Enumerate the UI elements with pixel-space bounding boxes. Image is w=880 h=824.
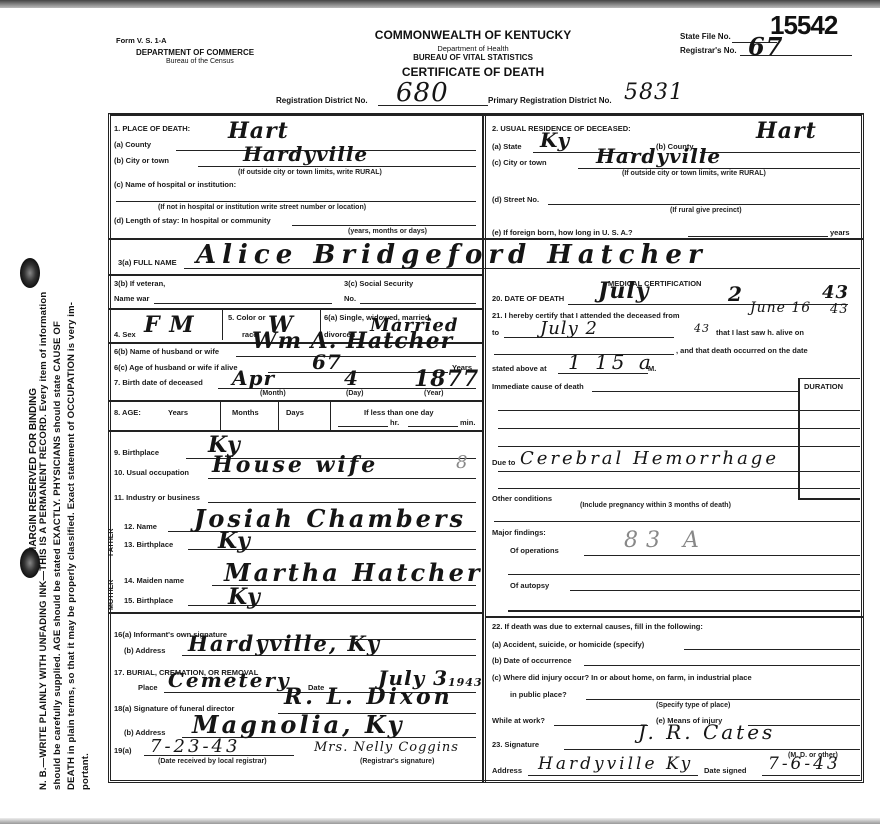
father-name-label: 12. Name (124, 522, 157, 531)
due-to-line-2 (498, 488, 860, 489)
binding-hole-bottom (20, 548, 40, 578)
res-state-value: Ky (540, 128, 570, 152)
date-signed-value: 7-6-43 (768, 754, 841, 774)
external-title: 22. If death was due to external causes,… (492, 622, 703, 631)
informant-address-label: (b) Address (124, 646, 165, 655)
place-hint: (Specify type of place) (656, 702, 730, 709)
operations-line (584, 555, 860, 556)
death-year-value: 43 (822, 282, 849, 303)
spouse-label: 6(b) Name of husband or wife (114, 347, 219, 356)
industry-line (208, 502, 476, 503)
birth-day-hint: (Day) (346, 390, 364, 397)
public-place-line (586, 699, 860, 700)
age-months-label: Months (232, 408, 259, 417)
operations-code: 83 A (624, 528, 707, 553)
funeral-director-value: R. L. Dixon (284, 684, 453, 710)
registrar-date-label: 19(a) (114, 746, 132, 755)
age-days-label: Days (286, 408, 304, 417)
registrar-number: 67 (748, 32, 783, 61)
min-line (408, 426, 458, 427)
res-foreign-unit: years (830, 228, 850, 237)
res-state-label: (a) State (492, 142, 522, 151)
operations-line-2 (508, 574, 860, 575)
spouse-age-label: 6(c) Age of husband or wife if alive (114, 363, 238, 372)
res-city-hint: (If outside city or town limits, write R… (622, 170, 766, 177)
res-street-hint: (If rural give precinct) (670, 207, 742, 214)
father-birthplace-value: Ky (218, 528, 251, 554)
birth-day-value: 4 (344, 366, 359, 390)
hospital-line (116, 201, 476, 202)
res-city-value: Hardyville (596, 144, 721, 168)
occupation-code: 8 (456, 452, 468, 473)
war-label: Name war (114, 294, 149, 303)
due-to-line (498, 471, 860, 472)
duration-top-line (798, 378, 860, 379)
bureau-vital: BUREAU OF VITAL STATISTICS (348, 53, 598, 62)
primary-reg-number: 5831 (624, 80, 684, 105)
age-divider-3 (330, 402, 331, 430)
war-line (154, 303, 332, 304)
margin-instructions-2: should be carefully supplied. AGE should… (52, 321, 63, 790)
birth-year-hint: (Year) (424, 390, 443, 397)
stay-line (292, 225, 476, 226)
spouse-line (236, 356, 476, 357)
res-street-line (548, 204, 860, 205)
min-label: min. (460, 418, 475, 427)
birth-date-label: 7. Birth date of deceased (114, 378, 203, 387)
margin-binding-label: MARGIN RESERVED FOR BINDING (28, 388, 39, 555)
autopsy-line-2 (508, 610, 860, 612)
physician-address-value: Hardyville Ky (538, 754, 693, 774)
margin-instructions-1: N. B.—WRITE PLAINLY WITH UNFADING INK—TH… (38, 292, 49, 790)
death-certificate-form: Form V. S. 1-A DEPARTMENT OF COMMERCE Bu… (108, 28, 866, 788)
left-margin: N. B.—WRITE PLAINLY WITH UNFADING INK—TH… (0, 0, 108, 824)
duration-column-divider (798, 378, 800, 498)
occupation-value: House wife (212, 452, 378, 478)
informant-address-value: Hardyville, Ky (188, 631, 381, 656)
stay-hint: (years, months or days) (348, 228, 427, 235)
section-divider-5 (108, 400, 482, 402)
res-county-value: Hart (756, 118, 817, 144)
scan-top-edge (0, 0, 880, 8)
death-day-value: 2 (728, 282, 743, 306)
age-divider-2 (278, 402, 279, 430)
accident-line (684, 649, 860, 650)
hr-label: hr. (390, 418, 399, 427)
age-divider-1 (220, 402, 221, 430)
birth-month-hint: (Month) (260, 390, 286, 397)
section-divider-3 (108, 308, 482, 310)
full-name-value: Alice Bridgeford Hatcher (196, 240, 708, 270)
time-of-death-value: 1 15 a (568, 350, 655, 374)
age-label: 8. AGE: (114, 408, 141, 417)
work-line (554, 725, 648, 726)
time-suffix: M. (648, 364, 656, 373)
autopsy-label: Of autopsy (510, 581, 549, 590)
death-city-value: Hardyville (243, 142, 368, 166)
death-county-value: Hart (228, 118, 289, 144)
scan-bottom-edge (0, 818, 880, 824)
hospital-hint: (If not in hospital or institution write… (158, 204, 366, 211)
hospital-label: (c) Name of hospital or institution: (114, 180, 236, 189)
other-conditions-hint: (Include pregnancy within 3 months of de… (580, 502, 731, 509)
signature-label: 23. Signature (492, 740, 539, 749)
spouse-value: Wm A. Hatcher (252, 328, 453, 354)
state-title: COMMONWEALTH OF KENTUCKY (348, 28, 598, 42)
duration-bottom-line (798, 498, 860, 500)
father-birthplace-label: 13. Birthplace (124, 540, 173, 549)
section-divider-8 (486, 616, 864, 618)
res-county-line (700, 152, 860, 153)
reg-district-label: Registration District No. (276, 96, 368, 105)
state-file-label: State File No. (680, 32, 731, 41)
date-signed-line (762, 775, 860, 776)
occupation-label: 10. Usual occupation (114, 468, 189, 477)
death-month-value: July (598, 278, 650, 304)
reg-district-number: 680 (396, 78, 449, 108)
department-label: DEPARTMENT OF COMMERCE (136, 48, 254, 57)
bureau-label: Bureau of the Census (166, 58, 234, 65)
color-label-1: 5. Color or (228, 313, 266, 322)
birthplace-label: 9. Birthplace (114, 448, 159, 457)
registrar-date-hint: (Date received by local registrar) (158, 758, 267, 765)
binding-hole-top (20, 258, 40, 288)
attended-to-value: July 2 (540, 318, 598, 339)
occurrence-line (584, 665, 860, 666)
signature-line (564, 749, 860, 750)
section-divider-2 (108, 274, 482, 276)
attended-to-year: 43 (694, 322, 710, 335)
burial-place-label: Place (138, 683, 158, 692)
physician-address-label: Address (492, 766, 522, 775)
sex-value: F M (144, 312, 195, 338)
funeral-address-value: Magnolia, Ky (192, 710, 405, 739)
death-occurred-label: , and that death occurred on the date (676, 346, 808, 355)
res-city-line (578, 168, 860, 169)
veteran-label: 3(b) If veteran, (114, 279, 165, 288)
immediate-cause-line (592, 391, 798, 392)
mother-name-value: Martha Hatcher (224, 558, 483, 587)
section-divider-7 (108, 612, 482, 614)
form-number: Form V. S. 1-A (116, 36, 167, 45)
occurrence-label: (b) Date of occurrence (492, 656, 572, 665)
industry-label: 11. Industry or business (114, 493, 200, 502)
date-signed-label: Date signed (704, 766, 747, 775)
physician-signature-value: J. R. Cates (638, 720, 775, 744)
primary-reg-label: Primary Registration District No. (488, 96, 612, 105)
mother-side-label: MOTHER (108, 580, 115, 610)
mother-birthplace-label: 15. Birthplace (124, 596, 173, 605)
less-day-label: If less than one day (364, 408, 434, 417)
age-years-label: Years (168, 408, 188, 417)
full-name-label: 3(a) FULL NAME (118, 258, 177, 267)
other-conditions-line (494, 521, 860, 522)
burial-year-value: 1943 (448, 676, 483, 689)
physician-address-line (528, 775, 698, 776)
res-city-label: (c) City or town (492, 158, 547, 167)
attended-from-value: June 16 (750, 300, 811, 316)
stay-label: (d) Length of stay: In hospital or commu… (114, 216, 271, 225)
death-county-label: (a) County (114, 140, 151, 149)
registrar-date-value: 7-23-43 (150, 736, 240, 757)
cause-line-3 (498, 446, 860, 447)
cause-line-2 (498, 428, 860, 429)
attended-from-year: 43 (830, 302, 849, 317)
margin-instructions-3: DEATH in plain terms, so that it may be … (66, 302, 77, 790)
ss-no-label: No. (344, 294, 356, 303)
res-foreign-line (688, 236, 828, 237)
hr-line (338, 426, 388, 427)
to-label: to (492, 328, 499, 337)
mother-birthplace-value: Ky (228, 584, 261, 610)
father-side-label: FATHER (108, 529, 115, 556)
occupation-line (208, 478, 476, 479)
place-of-death-title: 1. PLACE OF DEATH: (114, 124, 190, 133)
public-place-label: in public place? (510, 690, 567, 699)
burial-place-value: Cemetery (168, 668, 291, 692)
registrar-signature-hint: (Registrar's signature) (360, 758, 434, 765)
stated-above-label: stated above at (492, 364, 547, 373)
major-findings-label: Major findings: (492, 528, 546, 537)
last-saw-label: that I last saw h. alive on (716, 328, 804, 337)
ss-label: 3(c) Social Security (344, 279, 413, 288)
registrar-signature-value: Mrs. Nelly Coggins (314, 740, 459, 755)
due-to-label: Due to (492, 458, 515, 467)
death-date-label: 20. DATE OF DEATH (492, 294, 564, 303)
department-health: Department of Health (348, 44, 598, 53)
death-city-hint: (If outside city or town limits, write R… (238, 169, 382, 176)
death-city-label: (b) City or town (114, 156, 169, 165)
res-foreign-label: (e) If foreign born, how long in U. S. A… (492, 228, 633, 237)
sex-color-divider (222, 310, 223, 340)
birth-year-value: 1877 (414, 366, 479, 392)
margin-instructions-4: portant. (80, 753, 91, 790)
sex-label: 4. Sex (114, 330, 136, 339)
registrar-no-label: Registrar's No. (680, 46, 737, 55)
res-street-label: (d) Street No. (492, 195, 539, 204)
mother-name-label: 14. Maiden name (124, 576, 184, 585)
where-label: (c) Where did injury occur? In or about … (492, 673, 752, 682)
work-label: While at work? (492, 716, 545, 725)
immediate-cause-label: Immediate cause of death (492, 382, 584, 391)
duration-label: DURATION (804, 382, 843, 391)
autopsy-line (570, 590, 860, 591)
ss-no-line (360, 303, 476, 304)
spouse-age-value: 67 (312, 350, 342, 374)
birth-month-value: Apr (232, 366, 275, 390)
cause-line-1 (498, 410, 860, 411)
due-to-value: Cerebral Hemorrhage (520, 448, 779, 469)
operations-label: Of operations (510, 546, 559, 555)
certificate-title: CERTIFICATE OF DEATH (348, 65, 598, 79)
death-city-line (198, 166, 476, 167)
accident-label: (a) Accident, suicide, or homicide (spec… (492, 640, 644, 649)
section-divider-6 (108, 430, 482, 432)
other-conditions-label: Other conditions (492, 494, 552, 503)
